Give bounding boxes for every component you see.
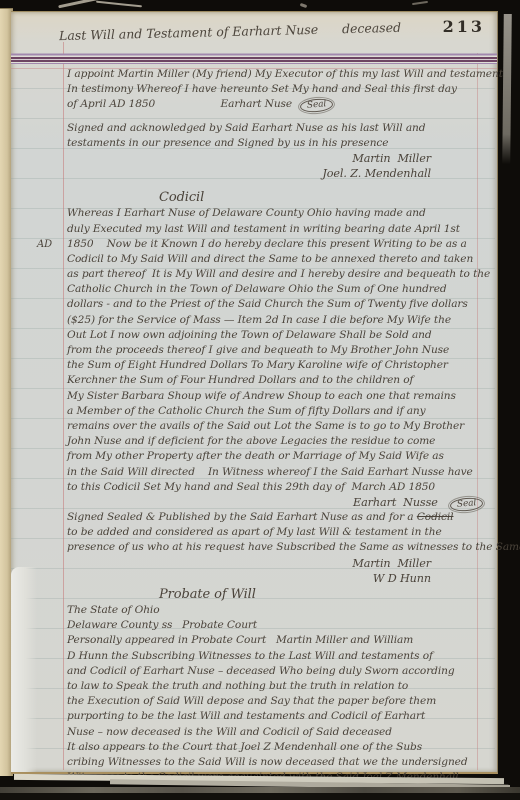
line-text: duly Executed my last Will and testament… [67,223,460,235]
line-text: ($25) for the Service of Mass — Item 2d … [67,314,451,326]
manuscript-line: testaments in our presence and Signed by… [67,136,493,151]
line-text: Codicil to My Said Will and direct the S… [67,253,473,265]
manuscript-line: to law to Speak the truth and nothing bu… [67,679,493,694]
manuscript-line: and Codicil of Earhart Nuse – deceased W… [67,664,493,679]
manuscript-line: Nuse – now deceased is the Will and Codi… [67,725,493,740]
line-text: and Codicil of Earhart Nuse – deceased W… [67,665,455,677]
line-text: D Hunn the Subscribing Witnesses to the … [67,650,433,662]
manuscript-line: AD1850 Now be it Known I do hereby decla… [67,237,493,252]
line-text: Kerchner the Sum of Four Hundred Dollars… [67,374,413,386]
left-margin-line [63,42,64,770]
previous-page-edge [11,567,37,772]
manuscript-line: Whereas I Earhart Nuse of Delaware Count… [67,206,493,221]
line-text: Signed Sealed & Published by the Said Ea… [67,511,417,523]
manuscript-line: In testimony Whereof I have hereunto Set… [67,82,493,97]
manuscript-line: My Sister Barbara Shoup wife of Andrew S… [67,389,493,404]
line-text: to be added and considered as apart of M… [67,526,442,538]
line-text: testaments in our presence and Signed by… [67,137,388,149]
book-top-debris [300,3,308,8]
manuscript-line: to be added and considered as apart of M… [67,525,493,540]
manuscript-line: the Execution of Said Will depose and Sa… [67,694,493,709]
section-heading: Probate of Will [67,586,493,603]
manuscript-line: dollars - and to the Priest of the Said … [67,297,493,312]
line-text: My Sister Barbara Shoup wife of Andrew S… [67,390,456,402]
manuscript-lines: I appoint Martin Miller (My friend) My E… [67,67,493,785]
line-text: 1850 Now be it Known I do hereby declare… [67,238,467,250]
line-text: Martin Miller [352,152,431,165]
manuscript-line: a Member of the Catholic Church the Sum … [67,404,493,419]
line-text: from My other Property after the death o… [67,450,444,462]
manuscript-line: duly Executed my last Will and testament… [67,222,493,237]
book-photo: 213 Last Will and Testament of Earhart N… [0,0,520,800]
line-text: presence of us who at his request have S… [67,541,520,553]
line-text: W D Hunn [373,572,431,585]
line-text: as part thereof It is My Will and desire… [67,268,490,280]
line-text: Whereas I Earhart Nuse of Delaware Count… [67,207,426,219]
manuscript-line: cribing Witnesses to the Said Will is no… [67,755,493,770]
line-text: the Sum of Eight Hundred Dollars To Mary… [67,359,448,371]
header-double-rule [11,53,497,64]
line-text: dollars - and to the Priest of the Said … [67,298,468,310]
manuscript-line: presence of us who at his request have S… [67,540,493,555]
manuscript-line: I appoint Martin Miller (My friend) My E… [67,67,493,82]
book-top-debris [96,1,142,8]
book-top-debris [412,1,428,5]
signature-line: W D Hunn [67,571,493,586]
manuscript-line: The State of Ohio [67,603,493,618]
manuscript-line: Delaware County ss Probate Court [67,618,493,633]
manuscript-line: D Hunn the Subscribing Witnesses to the … [67,649,493,664]
manuscript-line: Kerchner the Sum of Four Hundred Dollars… [67,373,493,388]
manuscript-line: as part thereof It is My Will and desire… [67,267,493,282]
line-text: John Nuse and if deficient for the above… [67,435,435,447]
header-title: Last Will and Testament of Earhart Nuse … [59,18,479,43]
line-text: the Execution of Said Will depose and Sa… [67,695,436,707]
line-text: Out Lot I now own adjoining the Town of … [67,329,432,341]
line-text: cribing Witnesses to the Said Will is no… [67,756,468,768]
manuscript-line: Catholic Church in the Town of Delaware … [67,282,493,297]
margin-note: AD [37,237,52,252]
manuscript-line: It also appears to the Court that Joel Z… [67,740,493,755]
line-text: I appoint Martin Miller (My friend) My E… [67,68,503,80]
manuscript-line: from My other Property after the death o… [67,449,493,464]
manuscript-line: remains over the avails of the Said out … [67,419,493,434]
manuscript-line: from the proceeds thereof I give and beq… [67,343,493,358]
line-text: Delaware County ss Probate Court [67,619,257,631]
signature-line: Martin Miller [67,556,493,571]
manuscript-line: ($25) for the Service of Mass — Item 2d … [67,313,493,328]
section-heading: Codicil [67,189,493,206]
line-text: purporting to be the last Will and testa… [67,710,425,722]
seal-stamp: Seal [300,98,334,114]
line-text: Probate of Will [159,587,256,602]
struck-word: Codicil [417,511,454,523]
signature-line: Earhart Nusse Seal [67,495,493,510]
manuscript-line: Signed Sealed & Published by the Said Ea… [67,510,493,525]
line-text: In testimony Whereof I have hereunto Set… [67,83,457,95]
line-text: Nuse – now deceased is the Will and Codi… [67,726,392,738]
signature-line: Martin Miller [67,151,493,166]
table-shadow [0,793,520,800]
manuscript-line: Personally appeared in Probate Court Mar… [67,633,493,648]
manuscript-line: the Sum of Eight Hundred Dollars To Mary… [67,358,493,373]
line-gap [67,181,493,189]
manuscript-line: Signed and acknowledged by Said Earhart … [67,121,493,136]
line-text: to law to Speak the truth and nothing bu… [67,680,408,692]
line-text: The State of Ohio [67,604,160,616]
line-gap [67,113,493,121]
line-text: Earhart Nusse [353,496,445,509]
line-text: Codicil [159,190,204,205]
line-text: a Member of the Catholic Church the Sum … [67,405,426,417]
manuscript-line: in the Said Will directed In Witness whe… [67,465,493,480]
line-text: from the proceeds thereof I give and beq… [67,344,449,356]
manuscript-line: John Nuse and if deficient for the above… [67,434,493,449]
line-text: of April AD 1850 Earhart Nuse [67,98,295,110]
line-text: Martin Miller [352,557,431,570]
manuscript-line: of April AD 1850 Earhart Nuse Seal [67,97,493,112]
manuscript-line: to this Codicil Set My hand and Seal thi… [67,480,493,495]
line-text: Catholic Church in the Town of Delaware … [67,283,447,295]
manuscript-page: 213 Last Will and Testament of Earhart N… [11,11,498,774]
line-text: in the Said Will directed In Witness whe… [67,466,473,478]
signature-line: Joel. Z. Mendenhall [67,166,493,181]
line-text: Signed and acknowledged by Said Earhart … [67,122,425,134]
manuscript-line: Out Lot I now own adjoining the Town of … [67,328,493,343]
line-text: Personally appeared in Probate Court Mar… [67,634,413,646]
line-text: to this Codicil Set My hand and Seal thi… [67,481,435,493]
adjacent-page-sliver [502,14,512,164]
line-text: remains over the avails of the Said out … [67,420,464,432]
book-top-debris [58,0,100,8]
line-text: Joel. Z. Mendenhall [322,167,431,180]
manuscript-line: purporting to be the last Will and testa… [67,709,493,724]
manuscript-line: Codicil to My Said Will and direct the S… [67,252,493,267]
line-text: It also appears to the Court that Joel Z… [67,741,422,753]
